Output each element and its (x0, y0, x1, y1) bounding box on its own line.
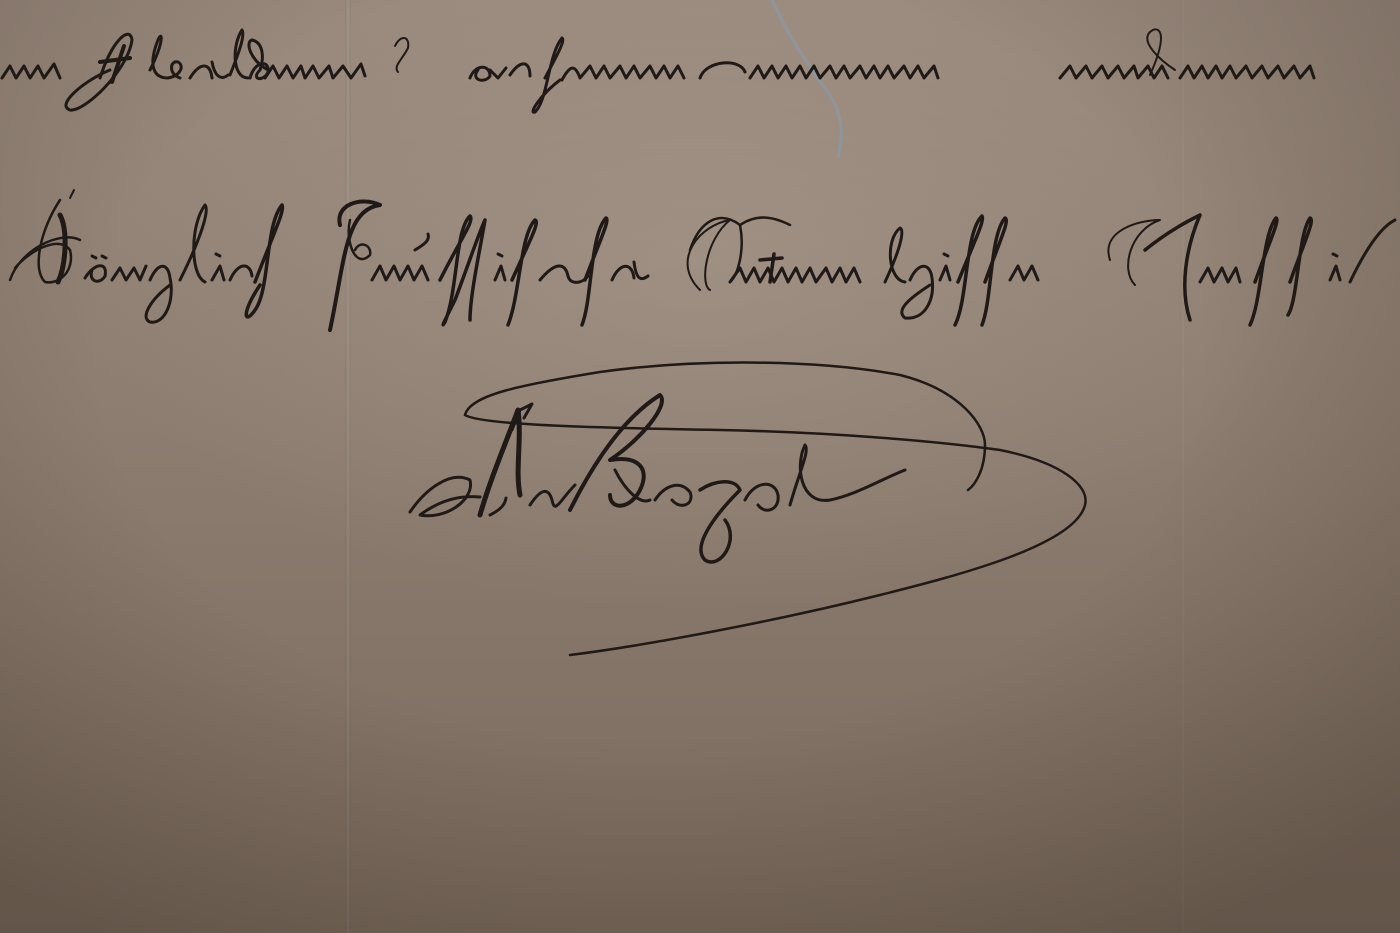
letter-page: recht bald wieder aufgenommen werden Kön… (0, 0, 1400, 933)
signature: W. v. Bezold (400, 460, 759, 530)
letter-line-1: recht bald wieder aufgenommen werden (0, 40, 1135, 96)
letter-line-2-institute-name: Königlich Preußisches Meteorologisches I… (20, 220, 1400, 285)
